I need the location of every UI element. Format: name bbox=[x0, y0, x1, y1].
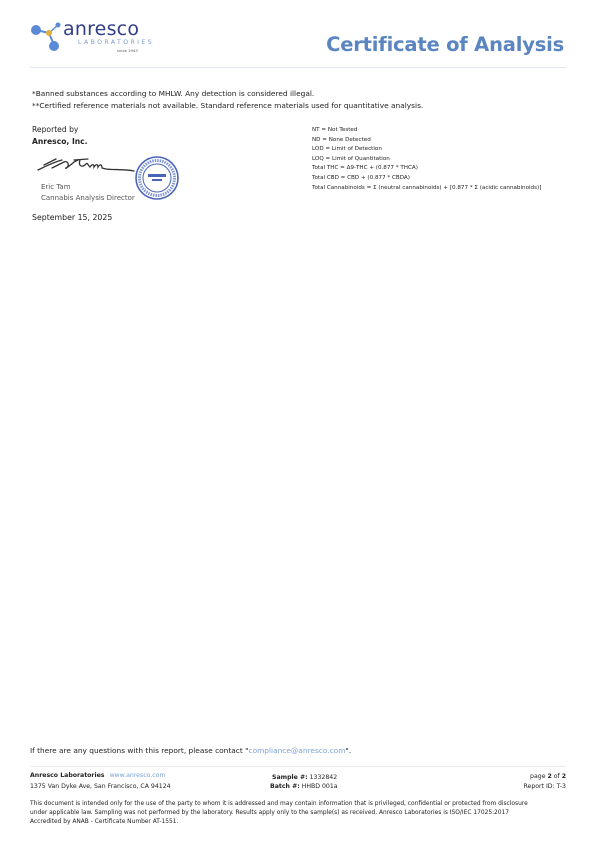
logo-since: since 1943 bbox=[117, 49, 138, 53]
signer-name: Eric Tam bbox=[41, 184, 71, 191]
reported-by-company: Anresco, Inc. bbox=[32, 138, 88, 146]
legend-item: LOQ = Limit of Quantitation bbox=[312, 155, 541, 165]
legend-item: Total CBD = CBD + (0.877 * CBDA) bbox=[312, 174, 541, 184]
reported-by-label: Reported by bbox=[32, 126, 78, 134]
batch-value: HHBD 001a bbox=[302, 783, 338, 790]
disclaimer-line: Accredited by ANAB - Certificate Number … bbox=[30, 818, 570, 827]
logo-wordmark: anresco bbox=[63, 20, 139, 39]
page-total: 2 bbox=[562, 773, 566, 780]
document-title: Certificate of Analysis bbox=[326, 35, 564, 55]
footer-batch-number: Batch #: HHBD 001a bbox=[270, 784, 338, 790]
footer-divider bbox=[30, 766, 566, 767]
footer-disclaimer: This document is intended only for the u… bbox=[30, 800, 570, 828]
legend-item: LOD = Limit of Detection bbox=[312, 145, 541, 155]
page-prefix: page bbox=[530, 773, 547, 780]
footer-page-indicator: page 2 of 2 bbox=[530, 774, 566, 780]
footer-website-link[interactable]: www.anresco.com bbox=[109, 772, 165, 779]
contact-suffix: ". bbox=[345, 746, 351, 755]
disclaimer-line: This document is intended only for the u… bbox=[30, 800, 570, 809]
footer-lab-name: Anresco Laboratories bbox=[30, 772, 104, 779]
signature-icon bbox=[34, 156, 144, 178]
abbreviation-legend: NT = Not Tested ND = None Detected LOD =… bbox=[312, 126, 541, 193]
sample-label: Sample #: bbox=[272, 774, 308, 781]
reference-materials-note: **Certified reference materials not avai… bbox=[32, 102, 423, 109]
batch-label: Batch #: bbox=[270, 783, 300, 790]
sample-value: 1332842 bbox=[310, 774, 338, 781]
signer-title: Cannabis Analysis Director bbox=[41, 195, 135, 202]
contact-line: If there are any questions with this rep… bbox=[30, 747, 351, 754]
footer-address: 1375 Van Dyke Ave, San Francisco, CA 941… bbox=[30, 784, 171, 790]
legend-item: Total THC = Δ9-THC + (0.877 * THCA) bbox=[312, 164, 541, 174]
footer-lab-line: Anresco Laboratorieswww.anresco.com bbox=[30, 773, 165, 779]
legend-item: Total Cannabinoids = Σ (neutral cannabin… bbox=[312, 184, 541, 194]
legend-item: ND = None Detected bbox=[312, 136, 541, 146]
official-seal-icon bbox=[134, 155, 180, 201]
page-of: of bbox=[552, 773, 562, 780]
compliance-email-link[interactable]: compliance@anresco.com bbox=[249, 746, 346, 755]
header-divider bbox=[30, 67, 566, 68]
contact-prefix: If there are any questions with this rep… bbox=[30, 746, 249, 755]
report-date: September 15, 2025 bbox=[32, 214, 112, 222]
disclaimer-line: under applicable law. Sampling was not p… bbox=[30, 809, 570, 818]
footer-sample-number: Sample #: 1332842 bbox=[272, 775, 337, 781]
footer-report-id: Report ID: T-3 bbox=[524, 784, 567, 790]
banned-substances-note: *Banned substances according to MHLW. An… bbox=[32, 90, 314, 97]
legend-item: NT = Not Tested bbox=[312, 126, 541, 136]
logo-subtitle: LABORATORIES bbox=[78, 40, 154, 46]
